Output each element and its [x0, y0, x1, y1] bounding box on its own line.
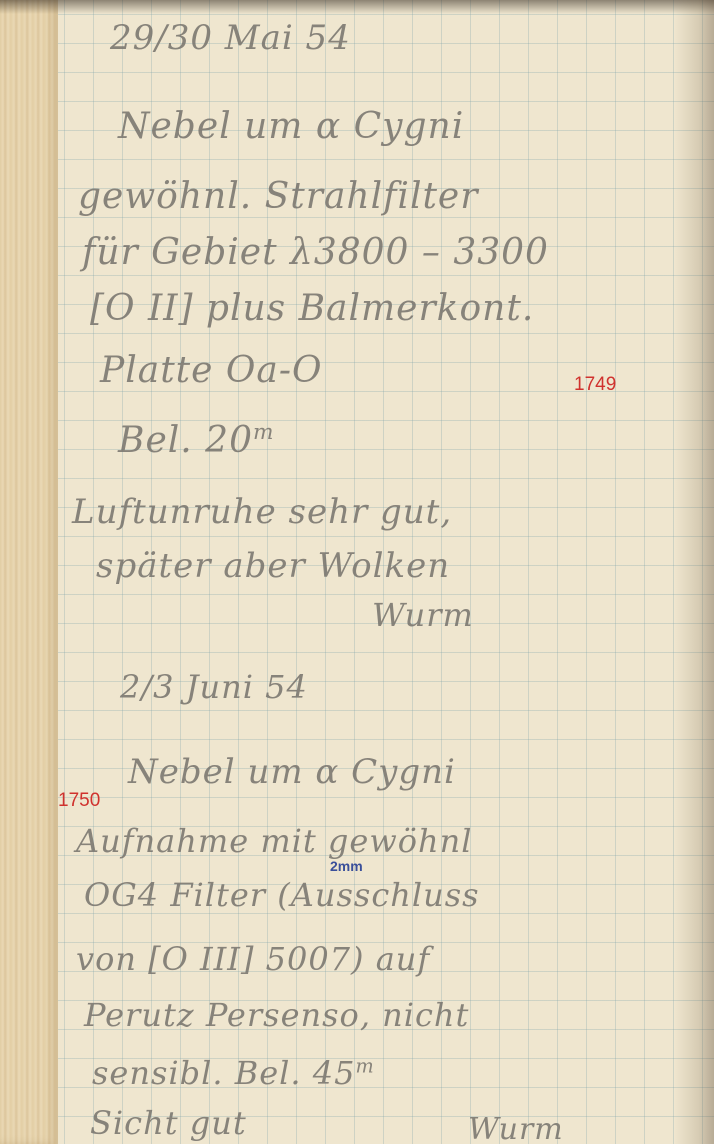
entry-1-line-3: für Gebiet λ3800 – 3300 — [82, 232, 549, 273]
entry-2-line-5: Perutz Persenso, nicht — [84, 996, 469, 1034]
notebook-page: 29/30 Mai 54 Nebel um α Cygni gewöhnl. S… — [0, 0, 714, 1144]
entry-2-line-3: OG4 Filter (Ausschluss — [84, 876, 480, 914]
plate-number-1749: 1749 — [574, 374, 616, 396]
entry-2-line-2: Aufnahme mit gewöhnl — [76, 822, 472, 860]
entry-2-line-7: Sicht gut — [90, 1104, 247, 1142]
annotation-2mm: 2mm — [330, 858, 363, 874]
entry-2-line-6: sensibl. Bel. 45m — [92, 1054, 375, 1092]
entry-1-line-7: Luftunruhe sehr gut, — [72, 492, 452, 532]
exposure-value: Bel. 20 — [118, 420, 253, 461]
exposure-value: sensibl. Bel. 45 — [92, 1054, 355, 1092]
exposure-unit: m — [253, 420, 274, 445]
entry-1-line-5: Platte Oa-O — [100, 350, 323, 391]
page-edges-stack — [0, 0, 58, 1144]
entry-2-signature: Wurm — [468, 1112, 564, 1144]
entry-2-date: 2/3 Juni 54 — [120, 668, 308, 706]
top-shadow — [0, 0, 714, 14]
plate-number-1750: 1750 — [58, 790, 100, 812]
entry-1-signature: Wurm — [372, 596, 474, 634]
entry-1-line-2: gewöhnl. Strahlfilter — [78, 176, 478, 217]
entry-2-line-1: Nebel um α Cygni — [128, 752, 456, 792]
exposure-unit: m — [355, 1054, 374, 1077]
entry-1-line-8: später aber Wolken — [96, 546, 450, 586]
entry-2-line-4: von [O III] 5007) auf — [76, 940, 430, 978]
entry-1-line-6: Bel. 20m — [118, 420, 274, 461]
entry-1-line-1: Nebel um α Cygni — [118, 106, 464, 147]
entry-1-date: 29/30 Mai 54 — [110, 18, 351, 58]
entry-1-line-4: [O II] plus Balmerkont. — [90, 288, 534, 329]
binding-shadow — [674, 0, 714, 1144]
